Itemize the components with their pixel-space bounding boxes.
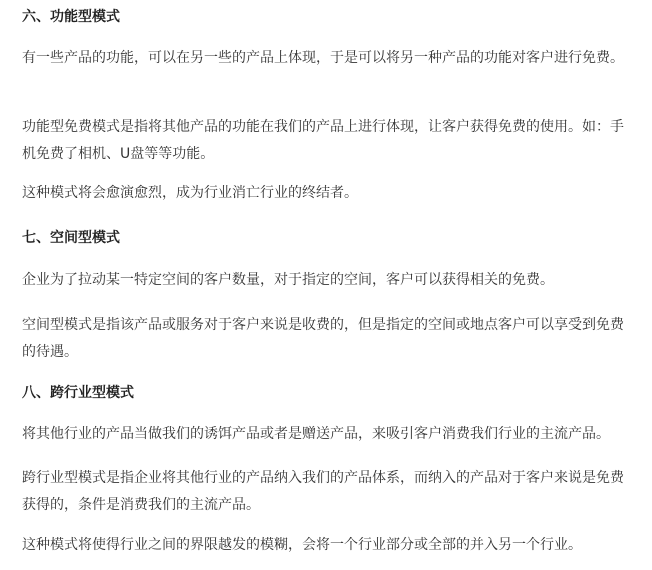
section-heading-7: 七、空间型模式 xyxy=(22,225,632,252)
paragraph: 功能型免费模式是指将其他产品的功能在我们的产品上进行体现，让客户获得免费的使用。… xyxy=(22,114,632,168)
paragraph: 这种模式将使得行业之间的界限越发的模糊，会将一个行业部分或全部的并入另一个行业。 xyxy=(22,532,632,559)
paragraph: 这种模式将会愈演愈烈，成为行业消亡行业的终结者。 xyxy=(22,180,632,207)
section-heading-8: 八、跨行业型模式 xyxy=(22,380,632,407)
section-heading-6: 六、功能型模式 xyxy=(22,4,632,31)
article-body: 六、功能型模式 有一些产品的功能，可以在另一些的产品上体现，于是可以将另一种产品… xyxy=(0,0,652,570)
paragraph: 空间型模式是指该产品或服务对于客户来说是收费的，但是指定的空间或地点客户可以享受… xyxy=(22,312,632,366)
paragraph: 将其他行业的产品当做我们的诱饵产品或者是赠送产品，来吸引客户消费我们行业的主流产… xyxy=(22,421,632,448)
paragraph: 跨行业型模式是指企业将其他行业的产品纳入我们的产品体系，而纳入的产品对于客户来说… xyxy=(22,465,632,519)
paragraph: 有一些产品的功能，可以在另一些的产品上体现，于是可以将另一种产品的功能对客户进行… xyxy=(22,45,632,72)
paragraph: 企业为了拉动某一特定空间的客户数量，对于指定的空间，客户可以获得相关的免费。 xyxy=(22,267,632,294)
